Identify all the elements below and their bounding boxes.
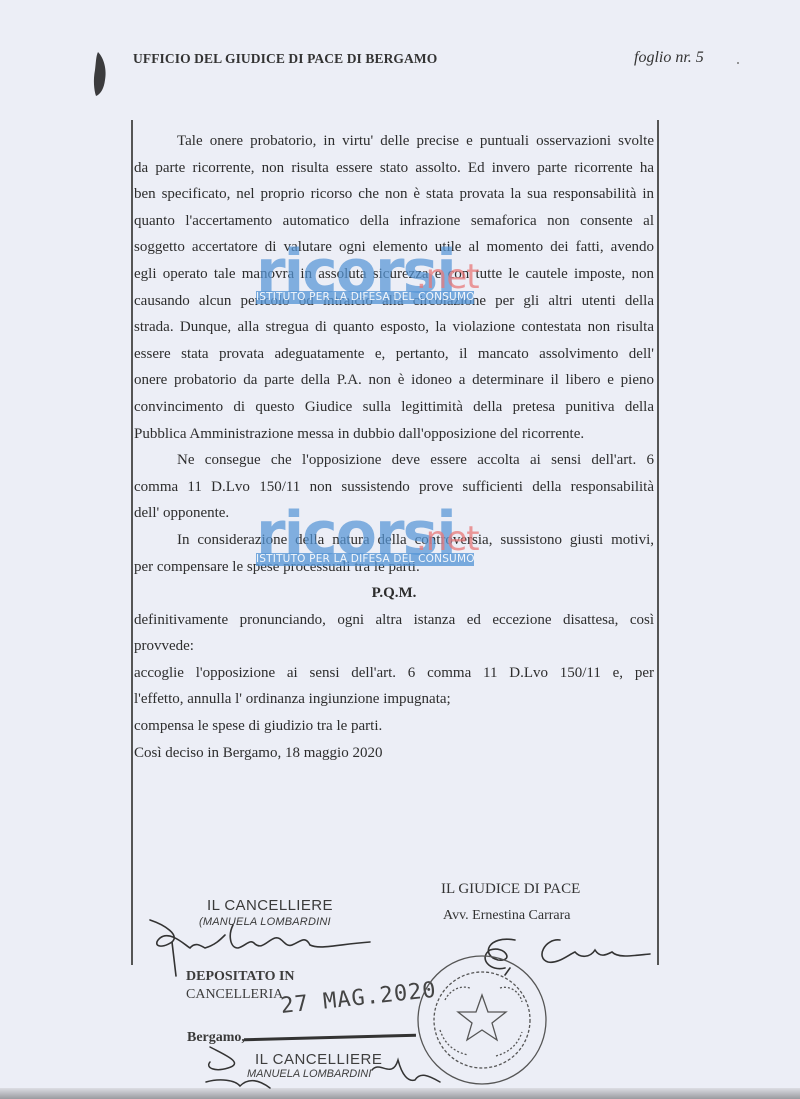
text-line: compensa le spese di giudizio tra le par… <box>134 713 654 740</box>
deposit-place-underline <box>244 1034 416 1042</box>
text-line: In considerazione della natura della con… <box>134 527 654 554</box>
deposit-date-stamp: 27 MAG.2020 <box>279 978 437 1019</box>
text-line: accoglie l'opposizione ai sensi dell'art… <box>134 660 654 687</box>
paragraph-opposition-accepted: Ne consegue che l'opposizione deve esser… <box>134 447 654 527</box>
text-line: dell' opponente. <box>134 500 654 527</box>
scan-speck <box>737 62 739 64</box>
text-line: soggetto accertatore di valutare ogni el… <box>134 234 654 261</box>
decision-place-date: Così deciso in Bergamo, 18 maggio 2020 <box>134 740 654 767</box>
clerk-stamp-2-name: MANUELA LOMBARDINI <box>247 1068 371 1080</box>
page-bottom-edge <box>0 1088 800 1099</box>
court-seal <box>418 956 546 1084</box>
text-line: per compensare le spese processuali tra … <box>134 554 654 581</box>
judge-name: Avv. Ernestina Carrara <box>443 908 571 924</box>
ruling-section: definitivamente pronunciando, ogni altra… <box>134 607 654 767</box>
text-frame-left-rule <box>131 120 133 965</box>
text-line: provvede: <box>134 633 654 660</box>
text-line: quanto l'accertamento automatico della i… <box>134 208 654 235</box>
text-frame-right-rule <box>657 120 659 965</box>
text-line: l'effetto, annulla l' ordinanza ingiunzi… <box>134 686 654 713</box>
text-line: convincimento di questo Giudice sulla le… <box>134 394 654 421</box>
text-line: essere stata provata adeguatamente e, pe… <box>134 341 654 368</box>
text-line: Ne consegue che l'opposizione deve esser… <box>134 447 654 474</box>
text-line: onere probatorio da parte della P.A. non… <box>134 367 654 394</box>
text-line: causando alcun pericolo od intralcio all… <box>134 288 654 315</box>
text-line: comma 11 D.Lvo 150/11 non sussistendo pr… <box>134 474 654 501</box>
pqm-heading: P.Q.M. <box>134 580 654 607</box>
judge-signature <box>485 939 650 975</box>
deposit-stamp-line-1: DEPOSITATO IN <box>186 969 295 985</box>
deposit-place: Bergamo, <box>187 1030 245 1046</box>
text-line: Tale onere probatorio, in virtu' delle p… <box>134 128 654 155</box>
clerk-stamp-name: (MANUELA LOMBARDINI <box>199 916 331 928</box>
text-line: strada. Dunque, alla stregua di quanto e… <box>134 314 654 341</box>
text-line: egli operato tale manovra in assoluta si… <box>134 261 654 288</box>
paragraph-burden-of-proof: Tale onere probatorio, in virtu' delle p… <box>134 128 654 447</box>
text-line: Pubblica Amministrazione messa in dubbio… <box>134 421 654 448</box>
binder-hole-mark <box>92 50 108 98</box>
office-header: UFFICIO DEL GIUDICE DI PACE DI BERGAMO <box>133 51 437 67</box>
clerk-stamp-2-title: IL CANCELLIERE <box>255 1051 382 1068</box>
deposit-stamp-line-2: CANCELLERIA <box>186 987 283 1003</box>
clerk-stamp-title: IL CANCELLIERE <box>207 897 333 914</box>
judge-title: IL GIUDICE DI PACE <box>441 881 580 898</box>
text-line: da parte ricorrente, non risulta essere … <box>134 155 654 182</box>
text-line: ben specificato, nel proprio ricorso che… <box>134 181 654 208</box>
sheet-number: foglio nr. 5 <box>634 49 704 67</box>
document-body: Tale onere probatorio, in virtu' delle p… <box>134 128 654 766</box>
text-line: definitivamente pronunciando, ogni altra… <box>134 607 654 634</box>
paragraph-costs: In considerazione della natura della con… <box>134 527 654 580</box>
clerk-signature-1 <box>150 920 370 976</box>
